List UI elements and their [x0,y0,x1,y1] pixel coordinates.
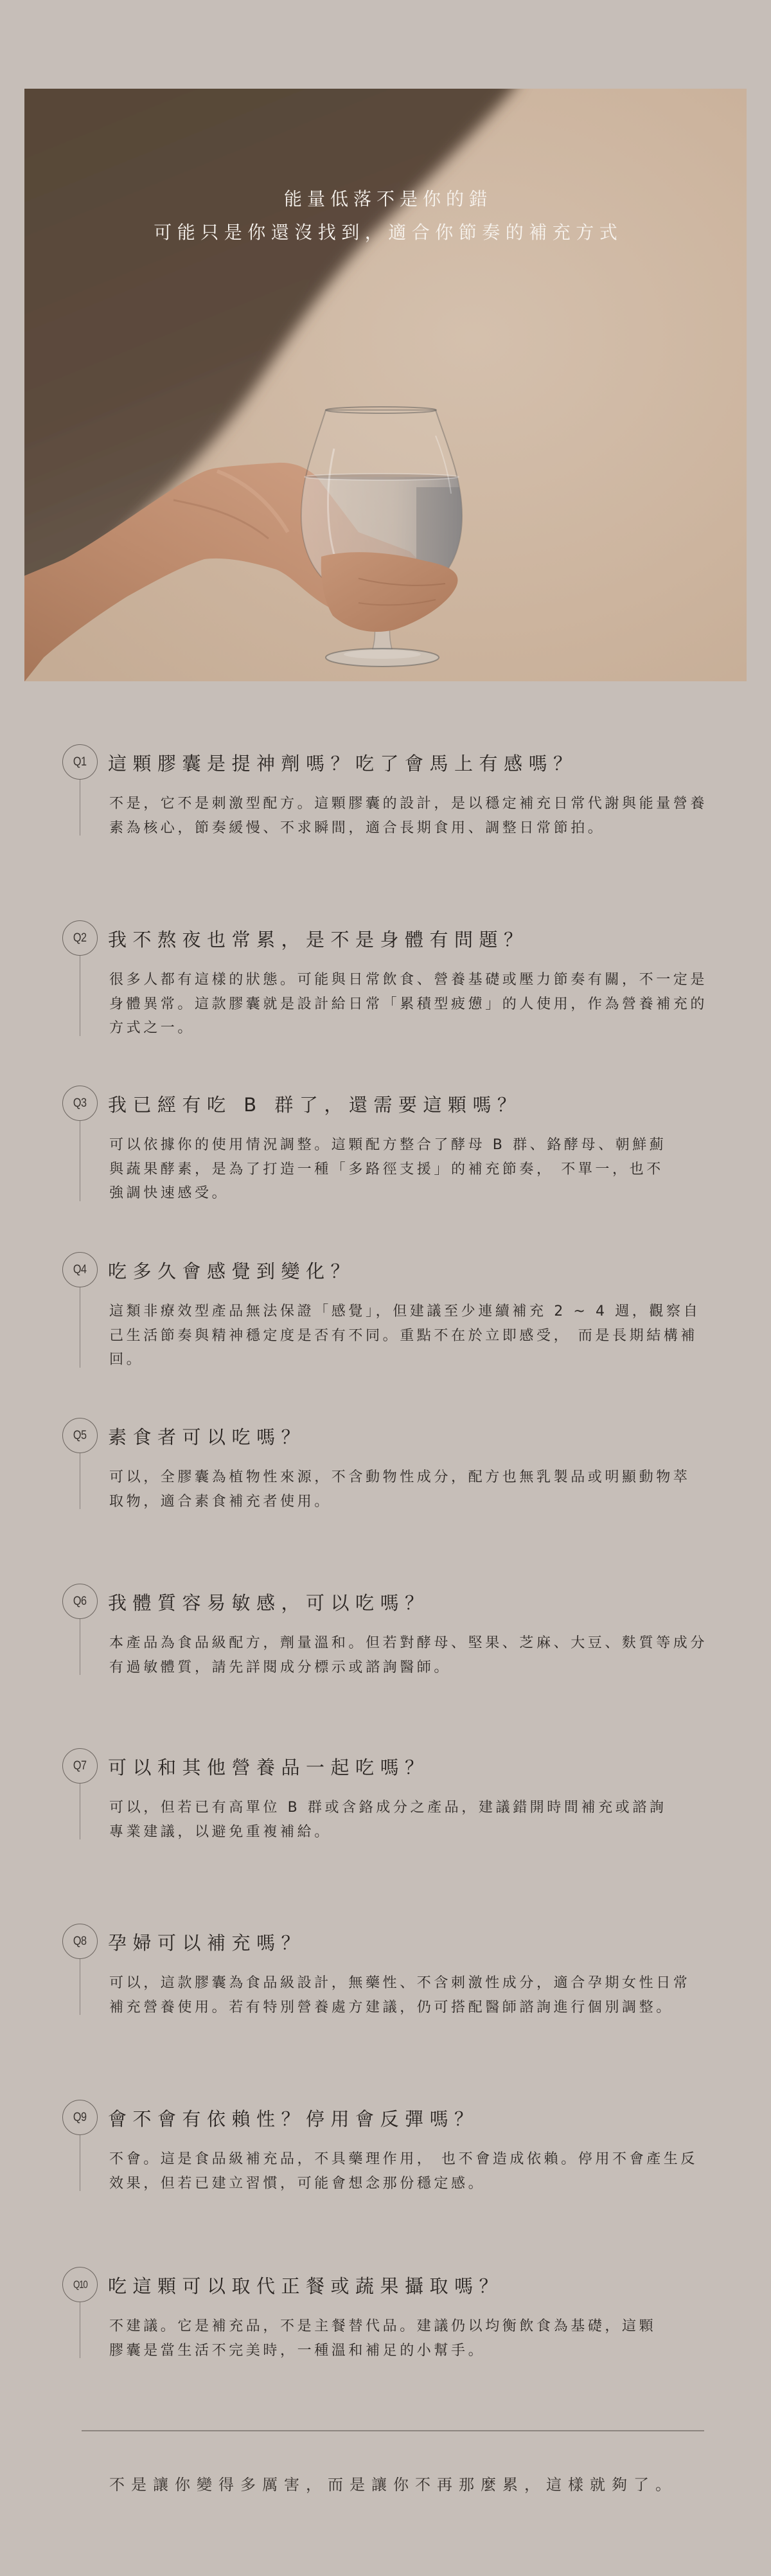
faq-item: Q8 孕婦可以補充嗎？ 可以，這款膠囊為食品級設計，無藥性、不含刺激性成分，適合… [0,1924,771,2019]
faq-answer-line: 補充營養使用。若有特別營養處方建議，仍可搭配醫師諮詢進行個別調整。 [109,1996,739,2020]
faq-number: Q10 [73,2278,87,2291]
faq-answer: 本產品為食品級配方，劑量溫和。但若對酵母、堅果、芝麻、大豆、麩質等成分 有過敏體… [109,1631,739,1679]
faq-answer-line: 強調快速感受。 [109,1181,739,1206]
faq-number-badge: Q8 [62,1924,98,1959]
hero-photo [24,89,747,681]
timeline-connector [80,1959,80,2015]
faq-number: Q2 [73,931,87,945]
faq-question: 我已經有吃 B 群了，還需要這顆嗎？ [108,1092,522,1118]
faq-answer-line: 效果，但若已建立習慣，可能會想念那份穩定感。 [109,2172,739,2196]
faq-answer-line: 膠囊是當生活不完美時，一種溫和補足的小幫手。 [109,2339,739,2363]
hero-banner: 能量低落不是你的錯 可能只是你還沒找到，適合你節奏的補充方式 [24,89,747,681]
faq-answer-line: 取物，適合素食補充者使用。 [109,1490,739,1514]
faq-number-badge: Q7 [62,1748,98,1784]
section-divider [82,2430,704,2431]
faq-answer-line: 與蔬果酵素，是為了打造一種「多路徑支援」的補充節奏， 不單一，也不 [109,1158,739,1182]
faq-question: 孕婦可以補充嗎？ [108,1930,306,1956]
faq-item: Q4 吃多久會感覺到變化？ 這類非療效型產品無法保證「感覺」，但建議至少連續補充… [0,1252,771,1372]
timeline-connector [80,956,80,1036]
faq-number-badge: Q3 [62,1086,98,1121]
faq-answer-line: 專業建議，以避免重複補給。 [109,1820,739,1845]
faq-number: Q7 [73,1759,87,1773]
faq-item: Q6 我體質容易敏感，可以吃嗎？ 本產品為食品級配方，劑量溫和。但若對酵母、堅果… [0,1584,771,1679]
faq-answer-line: 有過敏體質，請先詳閱成分標示或諮詢醫師。 [109,1656,739,1680]
faq-number-badge: Q1 [62,744,98,780]
timeline-connector [80,1453,80,1509]
faq-question: 我不熬夜也常累，是不是身體有問題？ [108,927,529,953]
faq-answer: 不建議。它是補充品，不是主餐替代品。建議仍以均衡飲食為基礎，這顆 膠囊是當生活不… [109,2314,739,2363]
timeline-connector [80,1121,80,1201]
timeline-connector [80,780,80,836]
faq-answer-line: 可以依據你的使用情況調整。這顆配方整合了酵母 B 群、鉻酵母、朝鮮薊 [109,1133,739,1158]
faq-answer: 這類非療效型產品無法保證「感覺」，但建議至少連續補充 2 ~ 4 週，觀察自 己… [109,1300,739,1372]
faq-number-badge: Q10 [62,2267,98,2302]
faq-number-badge: Q2 [62,920,98,956]
faq-answer-line: 回。 [109,1348,739,1372]
faq-number: Q5 [73,1429,87,1443]
faq-number-badge: Q6 [62,1584,98,1619]
faq-item: Q1 這顆膠囊是提神劑嗎？吃了會馬上有感嗎？ 不是，它不是刺激型配方。這顆膠囊的… [0,744,771,840]
faq-item: Q3 我已經有吃 B 群了，還需要這顆嗎？ 可以依據你的使用情況調整。這顆配方整… [0,1086,771,1206]
faq-answer-line: 素為核心，節奏緩慢、不求瞬間，適合長期食用、調整日常節拍。 [109,816,739,841]
faq-answer: 可以，這款膠囊為食品級設計，無藥性、不含刺激性成分，適合孕期女性日常 補充營養使… [109,1971,739,2019]
hero-subheadline: 可能只是你還沒找到，適合你節奏的補充方式 [24,220,747,246]
faq-number-badge: Q4 [62,1252,98,1287]
faq-item: Q9 會不會有依賴性？停用會反彈嗎？ 不會。這是食品級補充品，不具藥理作用， 也… [0,2100,771,2196]
faq-number: Q3 [73,1096,87,1111]
timeline-connector [80,1619,80,1675]
faq-number-badge: Q5 [62,1418,98,1453]
faq-question: 吃這顆可以取代正餐或蔬果攝取嗎？ [108,2273,504,2299]
faq-answer-line: 可以，這款膠囊為食品級設計，無藥性、不含刺激性成分，適合孕期女性日常 [109,1971,739,1996]
faq-number: Q4 [73,1263,87,1277]
faq-answer: 不會。這是食品級補充品，不具藥理作用， 也不會造成依賴。停用不會產生反 效果，但… [109,2147,739,2196]
faq-question: 會不會有依賴性？停用會反彈嗎？ [108,2106,479,2132]
faq-question: 我體質容易敏感，可以吃嗎？ [108,1590,430,1616]
faq-answer-line: 方式之一。 [109,1016,739,1041]
faq-answer: 可以，全膠囊為植物性來源，不含動物性成分，配方也無乳製品或明顯動物萃 取物，適合… [109,1465,739,1514]
timeline-connector [80,1287,80,1368]
timeline-connector [80,2302,80,2358]
faq-item: Q5 素食者可以吃嗎？ 可以，全膠囊為植物性來源，不含動物性成分，配方也無乳製品… [0,1418,771,1514]
faq-item: Q10 吃這顆可以取代正餐或蔬果攝取嗎？ 不建議。它是補充品，不是主餐替代品。建… [0,2267,771,2363]
footer-tagline: 不是讓你變得多厲害，而是讓你不再那麼累，這樣就夠了。 [0,2472,771,2498]
faq-answer-line: 可以，但若已有高單位 B 群或含鉻成分之產品，建議錯開時間補充或諮詢 [109,1796,739,1820]
faq-answer-line: 本產品為食品級配方，劑量溫和。但若對酵母、堅果、芝麻、大豆、麩質等成分 [109,1631,739,1656]
faq-number: Q6 [73,1595,87,1609]
faq-question: 吃多久會感覺到變化？ [108,1258,355,1284]
faq-answer-line: 不建議。它是補充品，不是主餐替代品。建議仍以均衡飲食為基礎，這顆 [109,2314,739,2339]
faq-question: 這顆膠囊是提神劑嗎？吃了會馬上有感嗎？ [108,751,578,776]
faq-answer-line: 這類非療效型產品無法保證「感覺」，但建議至少連續補充 2 ~ 4 週，觀察自 [109,1300,739,1324]
faq-answer-line: 不會。這是食品級補充品，不具藥理作用， 也不會造成依賴。停用不會產生反 [109,2147,739,2172]
faq-answer: 可以依據你的使用情況調整。這顆配方整合了酵母 B 群、鉻酵母、朝鮮薊 與蔬果酵素… [109,1133,739,1206]
faq-item: Q2 我不熬夜也常累，是不是身體有問題？ 很多人都有這樣的狀態。可能與日常飲食、… [0,920,771,1041]
faq-answer: 不是，它不是刺激型配方。這顆膠囊的設計，是以穩定補充日常代謝與能量營養 素為核心… [109,792,739,840]
faq-answer: 很多人都有這樣的狀態。可能與日常飲食、營養基礎或壓力節奏有關，不一定是 身體異常… [109,968,739,1041]
faq-answer-line: 不是，它不是刺激型配方。這顆膠囊的設計，是以穩定補充日常代謝與能量營養 [109,792,739,816]
faq-number-badge: Q9 [62,2100,98,2135]
faq-question: 素食者可以吃嗎？ [108,1424,306,1450]
faq-number: Q1 [73,755,87,769]
timeline-connector [80,1784,80,1839]
faq-question: 可以和其他營養品一起吃嗎？ [108,1755,430,1780]
faq-answer-line: 很多人都有這樣的狀態。可能與日常飲食、營養基礎或壓力節奏有關，不一定是 [109,968,739,992]
faq-answer-line: 可以，全膠囊為植物性來源，不含動物性成分，配方也無乳製品或明顯動物萃 [109,1465,739,1490]
faq-number: Q9 [73,2111,87,2125]
hero-headline: 能量低落不是你的錯 [24,186,747,212]
timeline-connector [80,2135,80,2191]
faq-item: Q7 可以和其他營養品一起吃嗎？ 可以，但若已有高單位 B 群或含鉻成分之產品，… [0,1748,771,1844]
faq-answer-line: 己生活節奏與精神穩定度是否有不同。重點不在於立即感受， 而是長期結構補 [109,1324,739,1348]
faq-answer: 可以，但若已有高單位 B 群或含鉻成分之產品，建議錯開時間補充或諮詢 專業建議，… [109,1796,739,1844]
faq-answer-line: 身體異常。這款膠囊就是設計給日常「累積型疲憊」的人使用，作為營養補充的 [109,992,739,1017]
faq-number: Q8 [73,1935,87,1949]
